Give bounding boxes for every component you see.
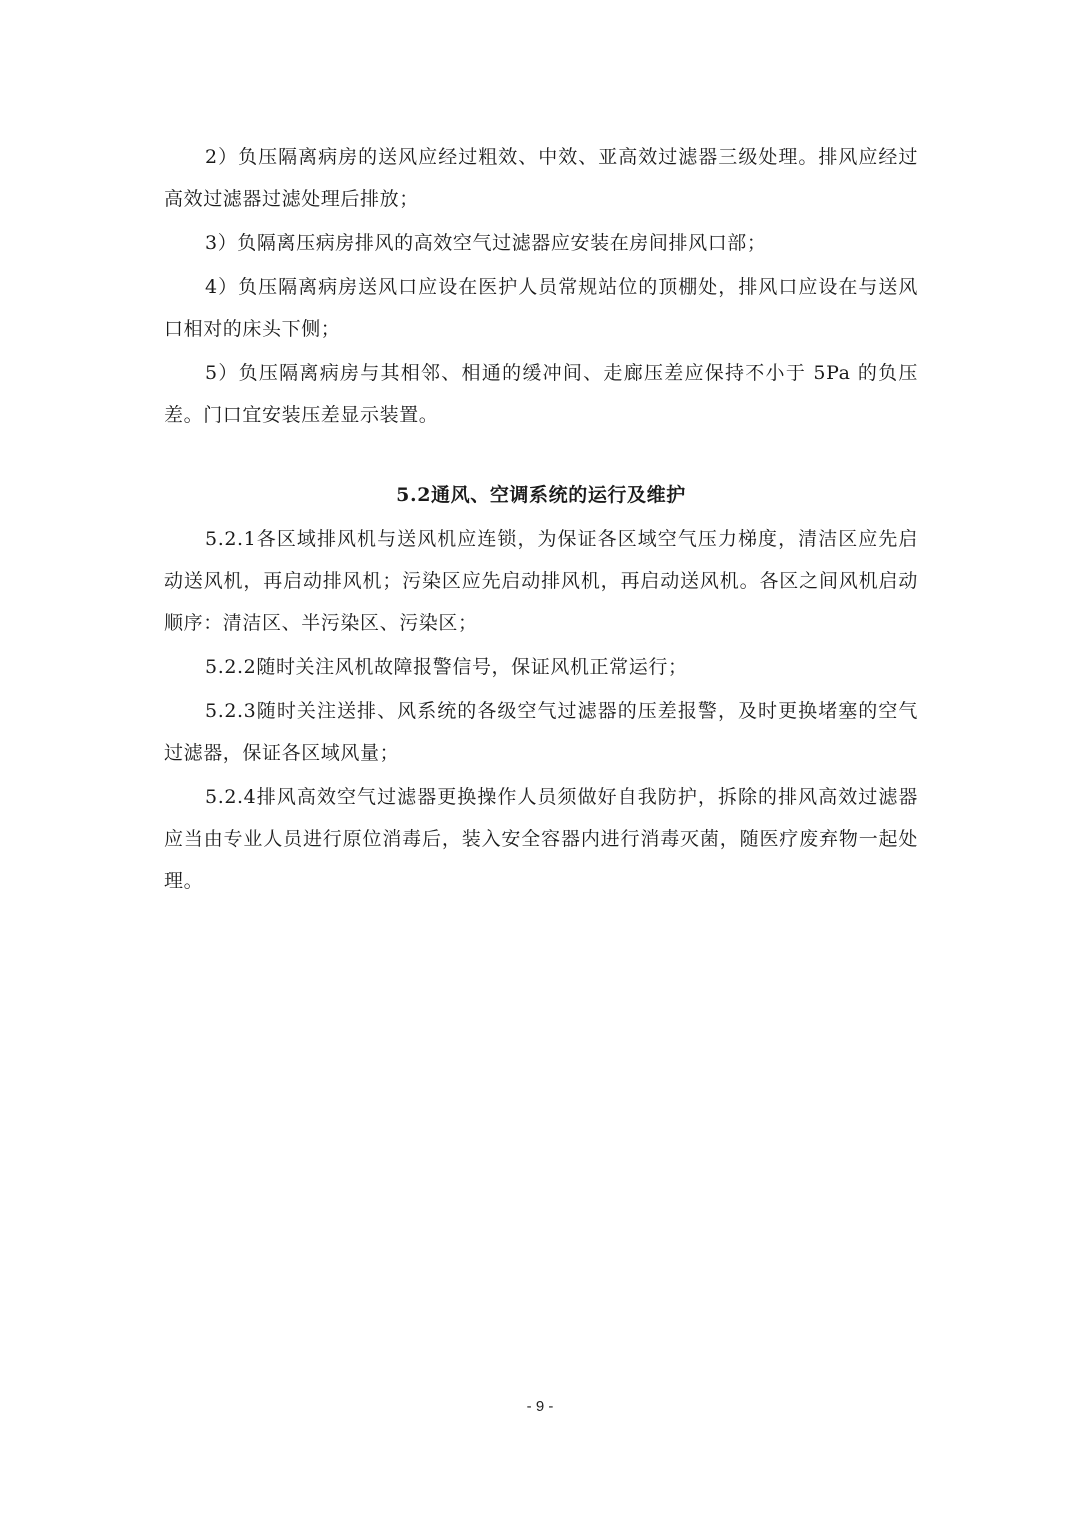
page-number: - 9 - xyxy=(0,1398,1080,1415)
section-heading: 5.2通风、空调系统的运行及维护 xyxy=(164,474,918,516)
paragraph-item-4: 4）负压隔离病房送风口应设在医护人员常规站位的顶棚处，排风口应设在与送风口相对的… xyxy=(164,266,918,350)
paragraph-item-5: 5）负压隔离病房与其相邻、相通的缓冲间、走廊压差应保持不小于 5Pa 的负压差。… xyxy=(164,352,918,436)
paragraph-5-2-1: 5.2.1各区域排风机与送风机应连锁，为保证各区域空气压力梯度，清洁区应先启动送… xyxy=(164,518,918,644)
paragraph-5-2-2: 5.2.2随时关注风机故障报警信号，保证风机正常运行； xyxy=(164,646,918,688)
document-page: 2）负压隔离病房的送风应经过粗效、中效、亚高效过滤器三级处理。排风应经过高效过滤… xyxy=(164,136,918,904)
paragraph-5-2-4: 5.2.4排风高效空气过滤器更换操作人员须做好自我防护，拆除的排风高效过滤器应当… xyxy=(164,776,918,902)
paragraph-5-2-3: 5.2.3随时关注送排、风系统的各级空气过滤器的压差报警，及时更换堵塞的空气过滤… xyxy=(164,690,918,774)
paragraph-item-2: 2）负压隔离病房的送风应经过粗效、中效、亚高效过滤器三级处理。排风应经过高效过滤… xyxy=(164,136,918,220)
paragraph-item-3: 3）负隔离压病房排风的高效空气过滤器应安装在房间排风口部； xyxy=(164,222,918,264)
